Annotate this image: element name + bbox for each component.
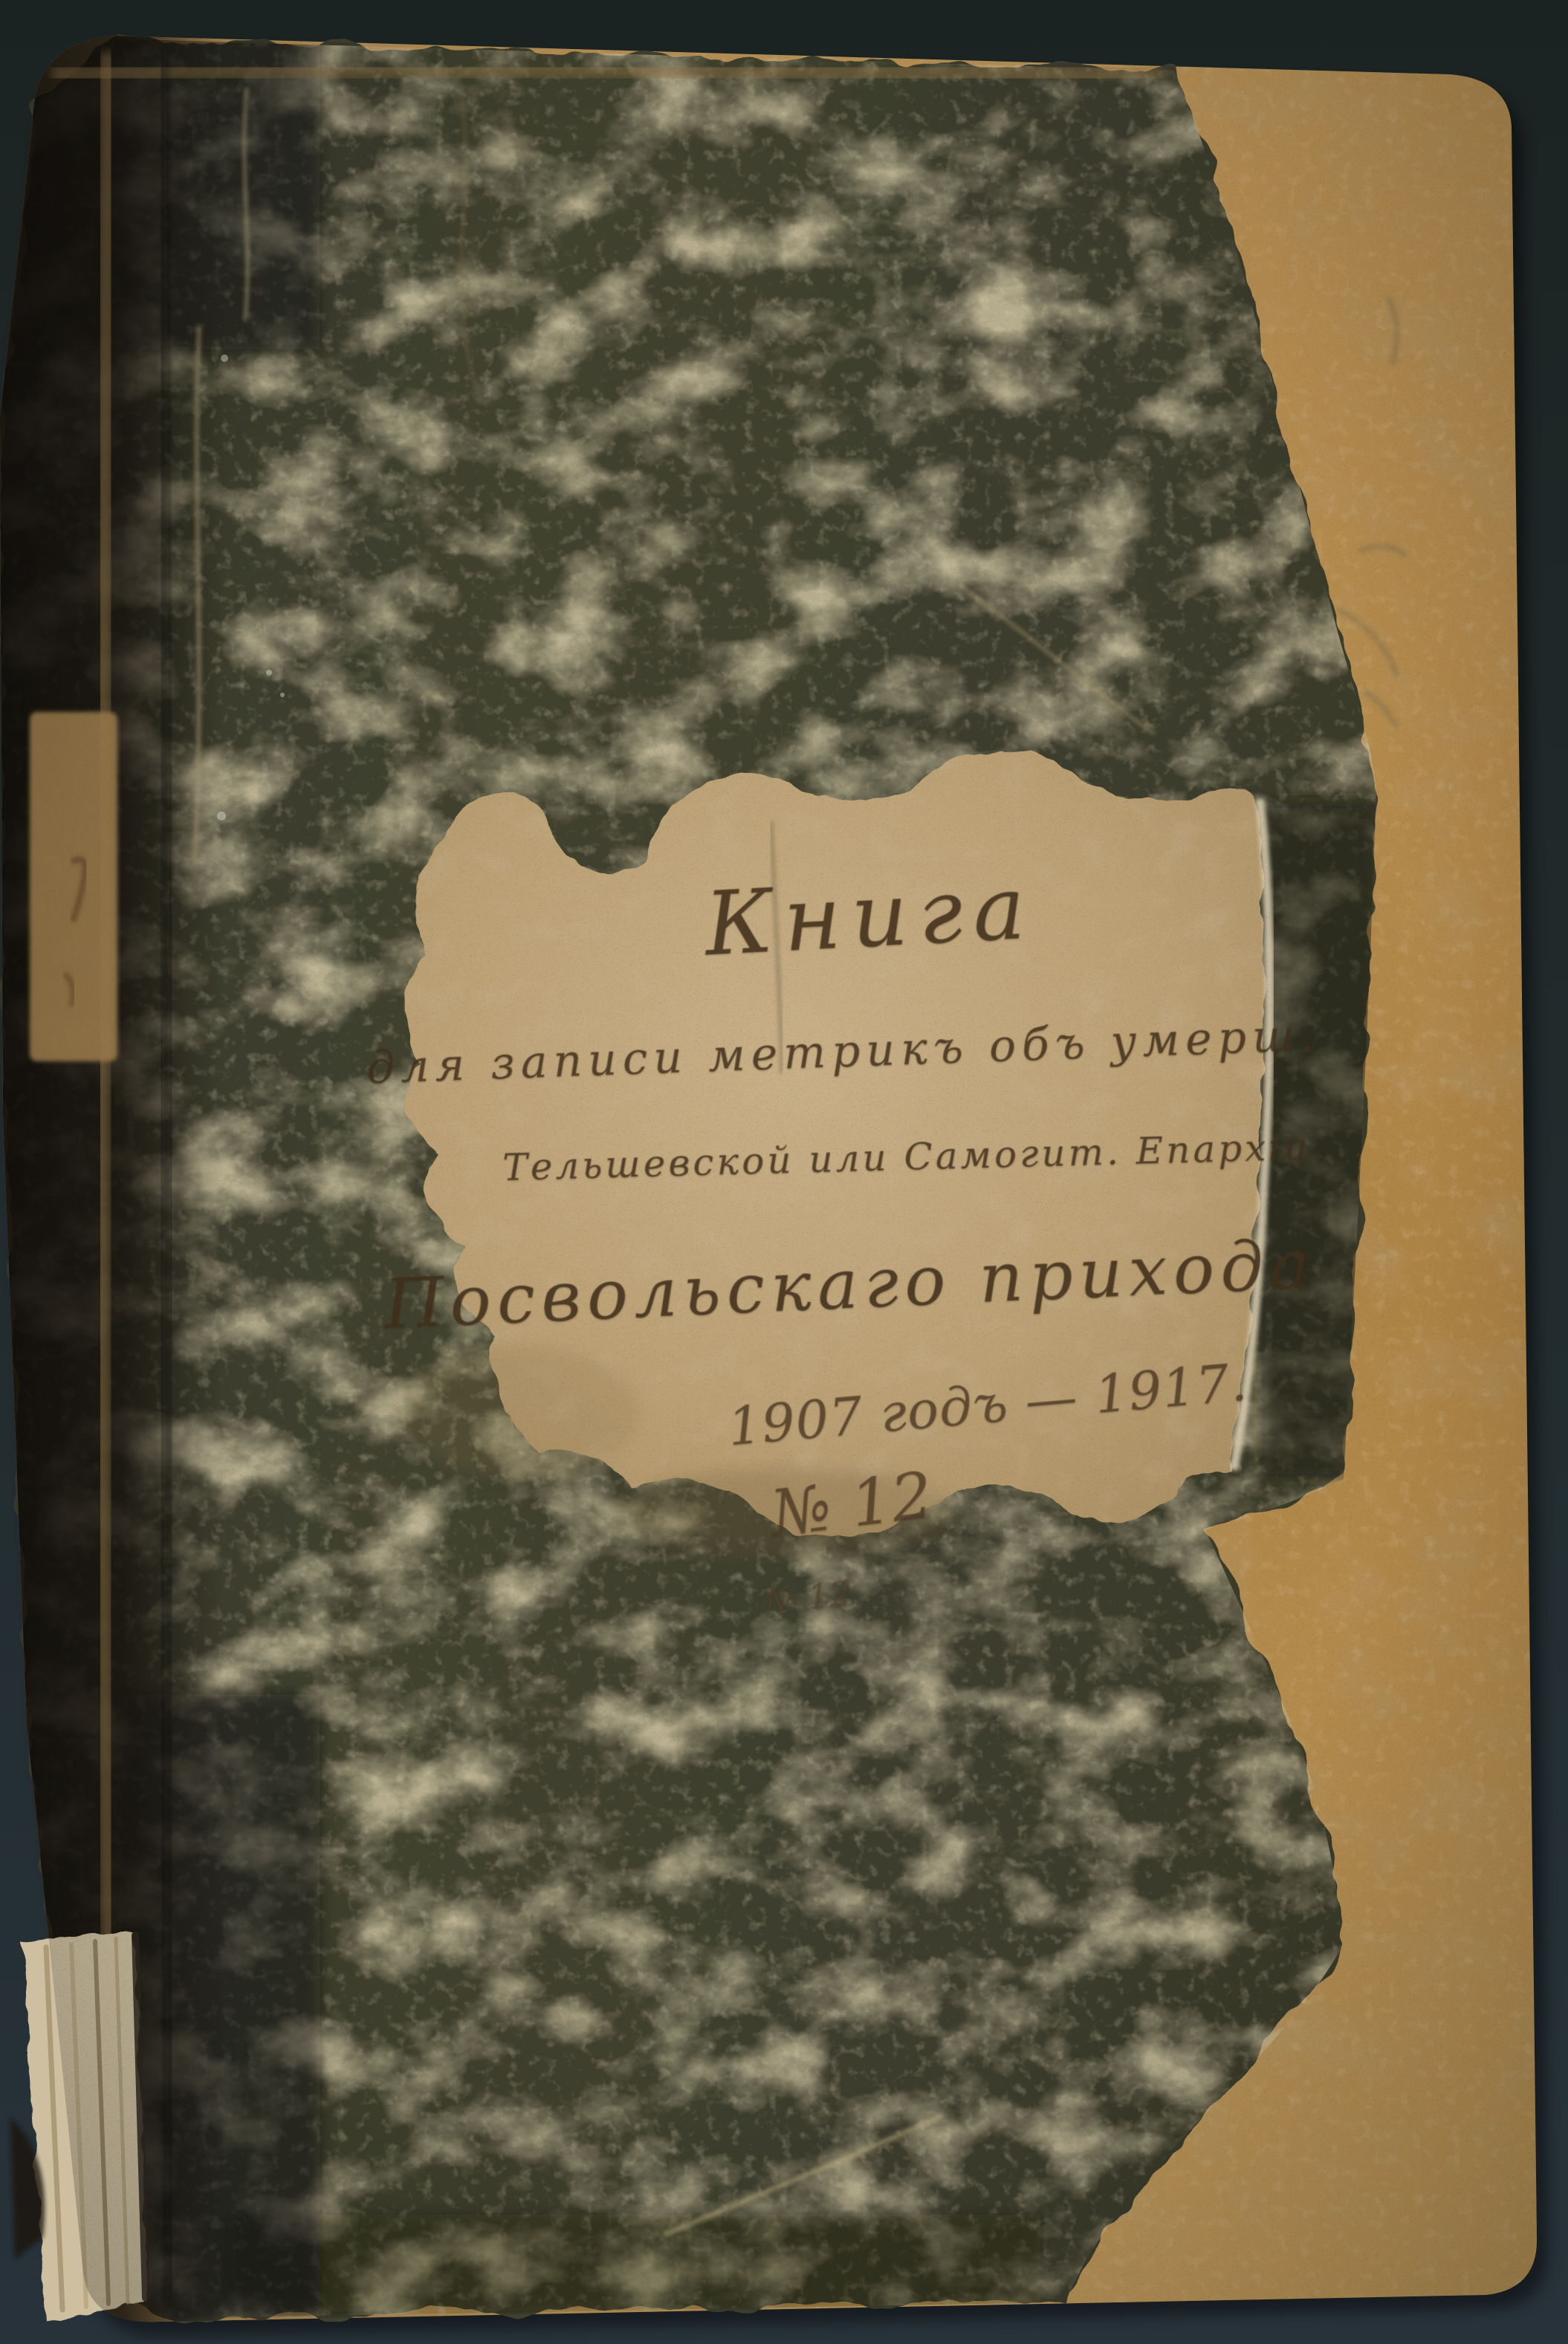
archival-book-cover-photo: Книга для записи метрикъ объ умерш. Тель…	[0, 0, 1568, 2344]
label-line-title: Книга	[702, 855, 1038, 975]
label-line-number-2: № 12	[763, 1573, 853, 1621]
